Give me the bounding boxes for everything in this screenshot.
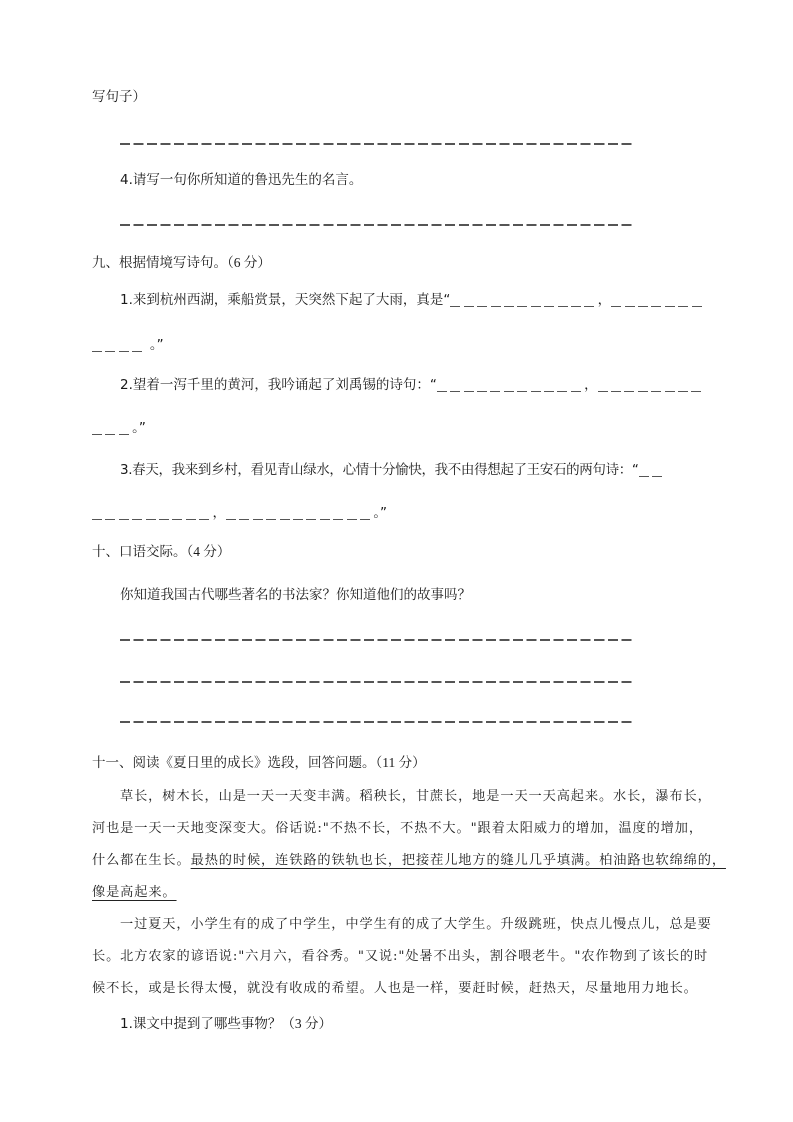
blank-dash	[504, 391, 514, 393]
answer-line-2[interactable]	[120, 681, 635, 683]
blank-dash	[691, 391, 701, 393]
blank-dash	[293, 519, 303, 521]
blank-dash	[159, 519, 169, 521]
blank-dash	[491, 306, 501, 308]
blank-dash	[186, 519, 196, 521]
section-title: 九、根据情境写诗句。	[92, 255, 227, 271]
blank-dash	[678, 306, 688, 308]
section-score: （4 分）	[187, 544, 231, 559]
blank-dash	[531, 391, 541, 393]
closing: 。”	[373, 505, 387, 521]
blank-dash	[333, 519, 343, 521]
blank-dash	[639, 476, 649, 478]
blank-dash	[450, 391, 460, 393]
blank-dash	[360, 519, 370, 521]
blank-dash	[504, 306, 514, 308]
section-11-heading: 十一、阅读《夏日里的成长》选段，回答问题。（11 分）	[92, 754, 426, 772]
blank-dash	[347, 519, 357, 521]
blank-2[interactable]	[598, 377, 705, 393]
blank-dash	[146, 519, 156, 521]
poem-question-1: 1.来到杭州西湖，乘船赏景，天突然下起了大雨，真是“，	[120, 291, 705, 309]
passage-line: 像是高起来。	[92, 884, 177, 902]
poem-question-2: 2.望着一泻千里的黄河，我吟诵起了刘禹锡的诗句：“，	[120, 376, 705, 394]
blank-dash	[625, 306, 635, 308]
blank-2[interactable]	[226, 505, 373, 521]
underlined-sentence: 最热的时候，连铁路的铁轨也长，把接茬儿地方的缝儿几乎填满。柏油路也软绵绵的，	[191, 853, 726, 868]
blank-dash	[253, 519, 263, 521]
passage-line: 河也是一天一天地变深变大。俗话说:"不热不长，不热不大。"跟着太阳威力的增加，温…	[92, 820, 703, 838]
blank-dash	[584, 306, 594, 308]
blank-dash	[557, 391, 567, 393]
blank-dash	[119, 519, 129, 521]
question-text: 2.望着一泻千里的黄河，我吟诵起了刘禹锡的诗句：“	[120, 377, 437, 393]
answer-line[interactable]	[120, 224, 635, 226]
blank-dash	[665, 391, 675, 393]
blank-dash	[199, 519, 209, 521]
separator: ，	[584, 377, 598, 393]
section-title: 十、口语交际。	[92, 544, 187, 560]
blank-dash	[92, 351, 102, 353]
blank-dash	[92, 434, 102, 436]
question-score: （3 分）	[281, 1016, 332, 1031]
blank-dash	[105, 434, 115, 436]
reading-question-1: 1.课文中提到了哪些事物？（3 分）	[120, 1015, 332, 1033]
blank-2-cont[interactable]	[92, 337, 146, 353]
blank-dash	[544, 391, 554, 393]
oral-question: 你知道我国古代哪些著名的书法家？你知道他们的故事吗？	[120, 586, 471, 604]
blank-dash	[477, 391, 487, 393]
poem-question-2-wrap: 。”	[92, 419, 146, 437]
passage-text: 什么都在生长。	[92, 853, 191, 868]
blank-dash	[517, 391, 527, 393]
blank-dash	[239, 519, 249, 521]
blank-dash	[105, 519, 115, 521]
blank-dash	[119, 351, 129, 353]
blank-dash	[651, 306, 661, 308]
closing: 。”	[146, 337, 164, 353]
blank-dash	[544, 306, 554, 308]
blank-dash	[132, 519, 142, 521]
question-text: 3.春天，我来到乡村，看见青山绿水，心情十分愉快，我不由得想起了王安石的两句诗：…	[120, 462, 639, 478]
blank-1[interactable]	[437, 377, 584, 393]
section-score: （6 分）	[227, 255, 271, 270]
question-continuation: 写句子）	[92, 88, 146, 106]
blank-dash	[651, 391, 661, 393]
poem-question-3: 3.春天，我来到乡村，看见青山绿水，心情十分愉快，我不由得想起了王安石的两句诗：…	[120, 461, 665, 479]
passage-line: 候不长，或是长得太慢，就没有收成的希望。人也是一样，要赶时候，赶热天，尽量地用力…	[92, 980, 698, 998]
blank-dash	[464, 306, 474, 308]
blank-dash	[450, 306, 460, 308]
blank-2[interactable]	[611, 292, 705, 308]
blank-dash	[692, 306, 702, 308]
blank-dash	[306, 519, 316, 521]
blank-dash	[571, 391, 581, 393]
poem-question-1-wrap: 。”	[92, 336, 164, 354]
blank-dash	[517, 306, 527, 308]
blank-dash	[132, 351, 142, 353]
answer-line-1[interactable]	[120, 639, 635, 641]
closing: 。”	[132, 420, 146, 436]
poem-question-3-wrap: ，。”	[92, 504, 387, 522]
blank-dash	[665, 306, 675, 308]
passage-line: 长。北方农家的谚语说:"六月六，看谷秀。"又说:"处暑不出头，割谷喂老牛。"农作…	[92, 948, 708, 966]
question-4: 4.请写一句你所知道的鲁迅先生的名言。	[120, 171, 362, 189]
blank-dash	[119, 434, 129, 436]
blank-dash	[477, 306, 487, 308]
blank-dash	[226, 519, 236, 521]
question-text: 1.来到杭州西湖，乘船赏景，天突然下起了大雨，真是“	[120, 292, 450, 308]
section-9-heading: 九、根据情境写诗句。（6 分）	[92, 254, 271, 272]
blank-dash	[266, 519, 276, 521]
blank-dash	[558, 306, 568, 308]
question-text: 1.课文中提到了哪些事物？	[120, 1016, 281, 1032]
blank-dash	[638, 306, 648, 308]
blank-dash	[571, 306, 581, 308]
passage-line: 一过夏天，小学生有的成了中学生，中学生有的成了大学生。升级跳班，快点儿慢点儿，总…	[120, 916, 712, 934]
blank-dash	[437, 391, 447, 393]
blank-dash	[280, 519, 290, 521]
blank-2-cont[interactable]	[92, 420, 132, 436]
blank-dash	[652, 476, 662, 478]
blank-1[interactable]	[450, 292, 597, 308]
blank-dash	[638, 391, 648, 393]
blank-dash	[611, 306, 621, 308]
blank-dash	[490, 391, 500, 393]
underlined-sentence: 像是高起来。	[92, 885, 177, 900]
separator: ，	[213, 505, 227, 521]
answer-line[interactable]	[120, 143, 635, 145]
blank-dash	[678, 391, 688, 393]
blank-dash	[92, 519, 102, 521]
section-10-heading: 十、口语交际。（4 分）	[92, 543, 230, 561]
blank-dash	[624, 391, 634, 393]
blank-dash	[611, 391, 621, 393]
blank-dash	[598, 391, 608, 393]
blank-1-cont[interactable]	[92, 505, 213, 521]
answer-line-3[interactable]	[120, 721, 635, 723]
passage-line: 草长，树木长，山是一天一天变丰满。稻秧长，甘蔗长，地是一天一天高起来。水长，瀑布…	[120, 788, 712, 806]
blank-dash	[105, 351, 115, 353]
blank-dash	[464, 391, 474, 393]
section-score: （11 分）	[376, 755, 426, 770]
separator: ，	[598, 292, 612, 308]
blank-1[interactable]	[639, 462, 666, 478]
passage-line: 什么都在生长。最热的时候，连铁路的铁轨也长，把接茬儿地方的缝儿几乎填满。柏油路也…	[92, 852, 726, 870]
blank-dash	[531, 306, 541, 308]
blank-dash	[172, 519, 182, 521]
section-title: 十一、阅读《夏日里的成长》选段，回答问题。	[92, 755, 376, 771]
blank-dash	[320, 519, 330, 521]
